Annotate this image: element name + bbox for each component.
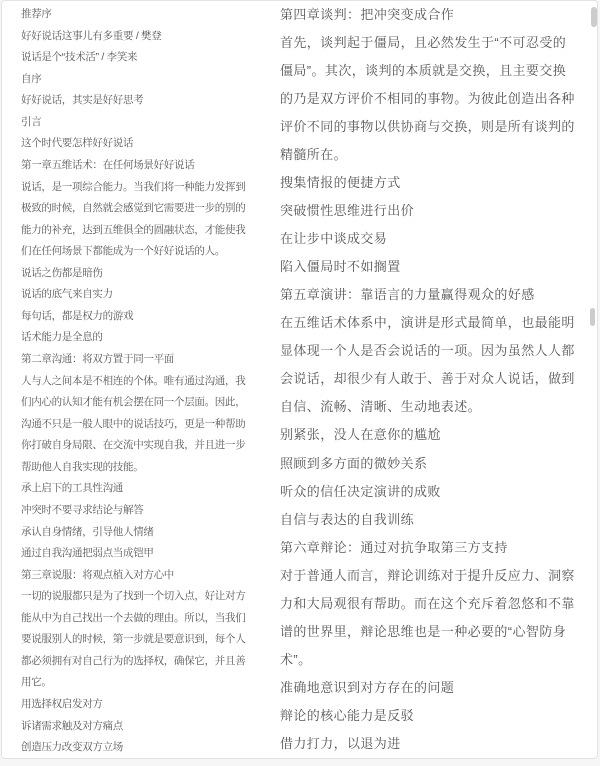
- toc-item[interactable]: 承上启下的工具性沟通: [21, 478, 273, 500]
- toc-item[interactable]: 搜集情报的便捷方式: [280, 169, 585, 197]
- toc-chapter-heading[interactable]: 第五章演讲：靠语言的力量赢得观众的好感: [280, 281, 585, 309]
- toc-paragraph-line: 都必须拥有对自己行为的选择权，确保它，并且善: [21, 651, 273, 673]
- toc-page-panel: 推荐序好好说话这事儿有多重要 / 樊登说话是个“技术活” / 李笑来自序好好说话…: [1, 0, 598, 759]
- toc-paragraph-line: 极致的时候，自然就会感觉到它需要进一步的别的: [21, 198, 273, 220]
- toc-paragraph-line: 能力的补充，达到五维俱全的圆融状态，才能使我: [21, 220, 273, 242]
- toc-paragraph-line: 僵局”。其次，谈判的本质就是交换，且主要交换: [280, 57, 585, 85]
- toc-item[interactable]: 通过自我沟通把弱点当成铠甲: [21, 543, 273, 565]
- toc-paragraph-line: 自信、流畅、清晰、生动地表述。: [280, 393, 585, 421]
- toc-item[interactable]: 别紧张，没人在意你的尴尬: [280, 421, 585, 449]
- toc-item[interactable]: 自信与表达的自我训练: [280, 506, 585, 534]
- toc-column-right: 第四章谈判：把冲突变成合作首先，谈判起于僵局，且必然发生于“不可忍受的僵局”。其…: [280, 1, 585, 758]
- toc-paragraph-line: 要说服别人的时候，第一步就是要意识到，每个人: [21, 629, 273, 651]
- toc-chapter-heading[interactable]: 第一章五维话术：在任何场景好好说话: [21, 155, 273, 177]
- toc-chapter-heading[interactable]: 第三章说服：将观点植入对方心中: [21, 565, 273, 587]
- toc-item[interactable]: 话术能力是全息的: [21, 327, 273, 349]
- toc-item[interactable]: 冲突时不要寻求结论与解答: [21, 500, 273, 522]
- toc-chapter-heading[interactable]: 第二章沟通：将双方置于同一平面: [21, 349, 273, 371]
- toc-paragraph-line: 首先，谈判起于僵局，且必然发生于“不可忍受的: [280, 29, 585, 57]
- toc-item[interactable]: 在让步中谈成交易: [280, 225, 585, 253]
- toc-paragraph-line: 帮助他人自我实现的技能。: [21, 457, 273, 479]
- toc-paragraph-line: 能从中为自己找出一个去做的理由。所以，当我们: [21, 608, 273, 630]
- toc-item[interactable]: 自序: [21, 69, 273, 91]
- toc-item[interactable]: 每句话，都是权力的游戏: [21, 306, 273, 328]
- toc-item[interactable]: 用选择权启发对方: [21, 694, 273, 716]
- toc-paragraph-line: 一切的说服都只是为了找到一个切入点，好让对方: [21, 586, 273, 608]
- toc-item[interactable]: 说话是个“技术活” / 李笑来: [21, 47, 273, 69]
- toc-item[interactable]: 诉诸需求触及对方痛点: [21, 716, 273, 738]
- toc-chapter-heading[interactable]: 第六章辩论：通过对抗争取第三方支持: [280, 534, 585, 562]
- scrollbar-thumb-middle[interactable]: [590, 308, 595, 326]
- toc-paragraph-line: 谱的世界里，辩论思维也是一种必要的“心智防身: [280, 618, 585, 646]
- toc-item[interactable]: 这个时代要怎样好好说话: [21, 133, 273, 155]
- toc-item[interactable]: 好好说话，其实是好好思考: [21, 90, 273, 112]
- toc-paragraph-line: 评价不同的事物以供协商与交换，则是所有谈判的: [280, 113, 585, 141]
- toc-paragraph-line: 在五维话术体系中，演讲是形式最简单，也最能明: [280, 309, 585, 337]
- toc-paragraph-line: 沟通不只是一般人眼中的说话技巧，更是一种帮助: [21, 414, 273, 436]
- toc-item[interactable]: 陷入僵局时不如搁置: [280, 253, 585, 281]
- toc-paragraph-line: 说话，是一项综合能力。当我们将一种能力发挥到: [21, 177, 273, 199]
- toc-paragraph-line: 的乃是双方评价不相同的事物。为彼此创造出各种: [280, 85, 585, 113]
- toc-item[interactable]: 听众的信任决定演讲的成败: [280, 478, 585, 506]
- toc-item[interactable]: 承认自身情绪，引导他人情绪: [21, 522, 273, 544]
- toc-paragraph-line: 你打破自身局限、在交流中实现自我，并且进一步: [21, 435, 273, 457]
- toc-paragraph-line: 对于普通人而言，辩论训练对于提升反应力、洞察: [280, 562, 585, 590]
- toc-paragraph-line: 们在任何场景下都能成为一个好好说话的人。: [21, 241, 273, 263]
- toc-item[interactable]: 突破惯性思维进行出价: [280, 197, 585, 225]
- toc-item[interactable]: 引言: [21, 112, 273, 134]
- toc-column-left: 推荐序好好说话这事儿有多重要 / 樊登说话是个“技术活” / 李笑来自序好好说话…: [21, 4, 273, 759]
- toc-item[interactable]: 照顾到多方面的微妙关系: [280, 450, 585, 478]
- toc-item[interactable]: 辩论的核心能力是反驳: [280, 702, 585, 730]
- toc-paragraph-line: 们内心的认知才能有机会摆在同一个层面。因此，: [21, 392, 273, 414]
- toc-paragraph-line: 术”。: [280, 646, 585, 674]
- toc-paragraph-line: 显体现一个人是否会说话的一项。因为虽然人人都: [280, 337, 585, 365]
- toc-item[interactable]: 好好说话这事儿有多重要 / 樊登: [21, 26, 273, 48]
- toc-item[interactable]: 借力打力，以退为进: [280, 730, 585, 758]
- toc-item[interactable]: 创造压力改变双方立场: [21, 737, 273, 759]
- toc-paragraph-line: 用它。: [21, 672, 273, 694]
- toc-item[interactable]: 推荐序: [21, 4, 273, 26]
- toc-item[interactable]: 说话之伤都是暗伤: [21, 263, 273, 285]
- toc-item[interactable]: 说话的底气来自实力: [21, 284, 273, 306]
- toc-paragraph-line: 精髓所在。: [280, 141, 585, 169]
- toc-paragraph-line: 会说话，却很少有人敢于、善于对众人说话，做到: [280, 365, 585, 393]
- toc-paragraph-line: 力和大局观很有帮助。而在这个充斥着忽悠和不靠: [280, 590, 585, 618]
- scrollbar-thumb-top[interactable]: [591, 7, 597, 27]
- toc-item[interactable]: 准确地意识到对方存在的问题: [280, 674, 585, 702]
- toc-paragraph-line: 人与人之间本是不相连的个体。唯有通过沟通，我: [21, 371, 273, 393]
- toc-chapter-heading[interactable]: 第四章谈判：把冲突变成合作: [280, 1, 585, 29]
